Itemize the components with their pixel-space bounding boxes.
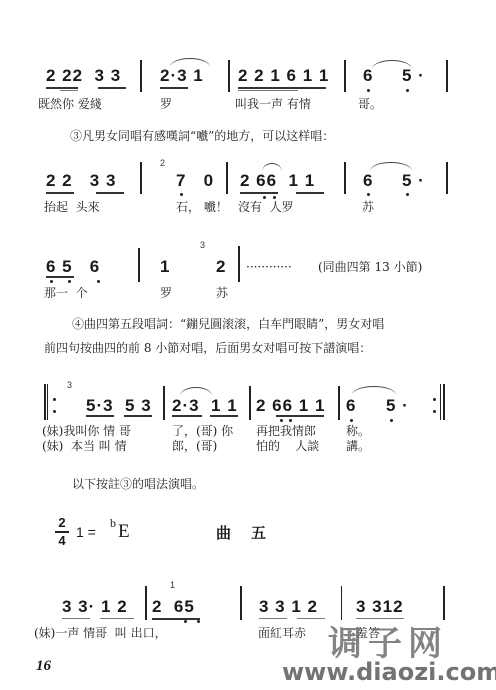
low-octave-dot [280,419,283,422]
row2-measure2-notes: 7 0 [176,172,214,190]
low-octave-dot [197,620,200,623]
row4-lyric1-b: 了，(哥) 你 [172,424,233,438]
row1-measure2-notes: 2·3 1 [160,67,204,85]
barline [344,60,346,92]
low-octave-dot [68,280,71,283]
underline [172,415,202,417]
key-signature-prefix: 1 = [76,524,96,540]
barline [140,162,142,194]
underline [124,415,152,417]
page-number: 16 [36,658,51,675]
row4-measure2-notes: 2·3 1 1 [172,397,238,415]
low-octave-dot [184,620,187,623]
row2-lyric3: 沒有 人罗 [238,200,294,214]
row1-measure3-notes: 2 2 1 6 1 1 [238,67,329,85]
row3-lyric3: 苏 [216,286,228,300]
underline [240,192,278,194]
barline [228,60,230,92]
time-signature-top: 2 [55,516,69,530]
barline [226,162,228,194]
repeat-start-bar [44,384,46,420]
row5-measure1-notes: 3 3· 1 2 [62,598,128,616]
row3-measure2-note2: 2 [216,258,226,276]
repeat-end-bar [443,384,445,420]
underline [46,276,74,278]
underline [297,618,325,619]
underline [46,192,74,194]
underline [60,90,78,91]
barline [138,248,140,282]
time-signature: 2 4 [55,516,69,548]
row1-lyric2: 罗 [160,97,172,111]
low-octave-dot [406,193,409,196]
row1-measure4-note5: 5 · [402,67,425,85]
underline [62,618,90,619]
underline [86,415,114,417]
low-octave-dot [273,196,276,199]
low-octave-dot [390,419,393,422]
row1-lyric3: 叫我一声 有情 [235,97,311,111]
barline [446,162,448,194]
barline [140,60,142,92]
low-octave-dot [263,196,266,199]
row2-lyric4: 苏 [362,200,374,214]
underline [100,618,134,619]
row2-measure1-notes: 2 2 3 3 [46,172,116,190]
low-octave-dot [97,280,100,283]
underline [276,415,324,417]
repeat-start-bar [47,384,48,420]
low-octave-dot [180,193,183,196]
row4-lyric1-a: (妹)我叫你 情 哥 [42,424,131,438]
grace-note: 2 [160,158,165,168]
barline [443,586,445,620]
row4-measure4-note5: 5 · [386,397,409,415]
repeat-dot [53,398,56,401]
row4-lyric2-c: 怕的 人談 [256,439,319,453]
barline [446,60,448,92]
row4-lyric1-d: 称。 [346,424,370,438]
instruction-text: 以下按註③的唱法演唱。 [72,476,204,492]
underline [296,192,324,194]
row4-measure4-note6: 6 [346,397,356,415]
watermark-url[interactable]: www.diaozi.com [282,658,496,686]
row4-measure1-notes: 5·3 5 3 [86,397,152,415]
repeat-dot [433,398,436,401]
barline [163,386,165,420]
underline [152,618,200,620]
note-4-line2: 前四句按曲四的前 8 小節对唱，后面男女对唱可按下譜演唱： [44,340,371,356]
row3-measure2-note1: 1 [160,258,170,276]
underline [210,415,238,417]
row4-lyric1-c: 再把我情郎 [256,424,316,438]
row2-lyric2: 石， 嚱！ [176,200,228,214]
row3-reference: (同曲四第 13 小節) [318,260,422,274]
low-octave-dot [367,193,370,196]
barline [338,386,340,420]
grace-note: 3 [200,240,205,250]
row5-lyric2: 面紅耳赤 [258,626,306,640]
row3-dots: ············ [246,260,292,274]
row5-measure4-notes: 3 312 [356,598,404,616]
slur [180,387,212,396]
row2-lyric1: 抬起 头來 [44,200,100,214]
barline [240,586,242,620]
song-title: 曲五 [216,522,286,543]
row2-measure4-note5: 5 · [402,172,425,190]
slur [352,386,396,395]
barline [238,246,240,282]
low-octave-dot [350,419,353,422]
barline [145,586,147,620]
row4-lyric2-b: 郎，(哥) [172,439,217,453]
repeat-end-bar [440,384,441,420]
row1-measure4-note6: 6 [363,67,373,85]
slur [370,162,412,171]
row2-measure4-note6: 6 [363,172,373,190]
row3-measure1-notes: 6 5 6 [46,258,100,276]
row4-measure3-notes: 2 66 1 1 [256,397,325,415]
note-4-line1: ④曲四第五段唱詞：“鏰兒圓滚滚，白车門眼睛”，男女对唱 [72,316,384,332]
row5-measure3-notes: 3 3 1 2 [259,598,318,616]
low-octave-dot [367,89,370,92]
low-octave-dot [50,280,53,283]
low-octave-dot [406,89,409,92]
underline [238,87,326,89]
row1-lyric1: 既然你 爱綫 [38,97,102,111]
key-note: E [118,521,130,543]
row1-lyric4: 哥。 [358,97,382,111]
repeat-dot [433,410,436,413]
grace-note: 1 [170,580,175,590]
repeat-dot [53,410,56,413]
underline [46,87,78,89]
row5-measure2-notes: 2 65 [152,598,195,616]
row4-lyric2-a: (妹) 本当 叫 情 [42,439,127,453]
row3-lyric1: 那一 个 [44,286,88,300]
underline [238,90,298,91]
low-octave-dot [289,419,292,422]
flat-sign: b [110,516,116,531]
row1-measure1-notes: 2 22 3 3 [46,67,121,85]
row4-lyric2-d: 講。 [346,439,370,453]
note-3-text: ③凡男女同唱有感嘆詞“嚱”的地方，可以这样唱： [70,128,334,144]
grace-note: 3 [67,380,72,390]
barline [344,162,346,194]
time-signature-bottom: 4 [55,534,69,548]
barline [341,586,342,620]
row3-lyric2: 罗 [160,286,172,300]
row2-measure3-notes: 2 66 1 1 [240,172,315,190]
underline [98,87,126,89]
underline [96,192,124,194]
underline [259,618,287,619]
barline [249,386,251,420]
underline [160,87,188,89]
row5-lyric1: (妹)一声 情哥 叫 出口， [34,626,167,640]
